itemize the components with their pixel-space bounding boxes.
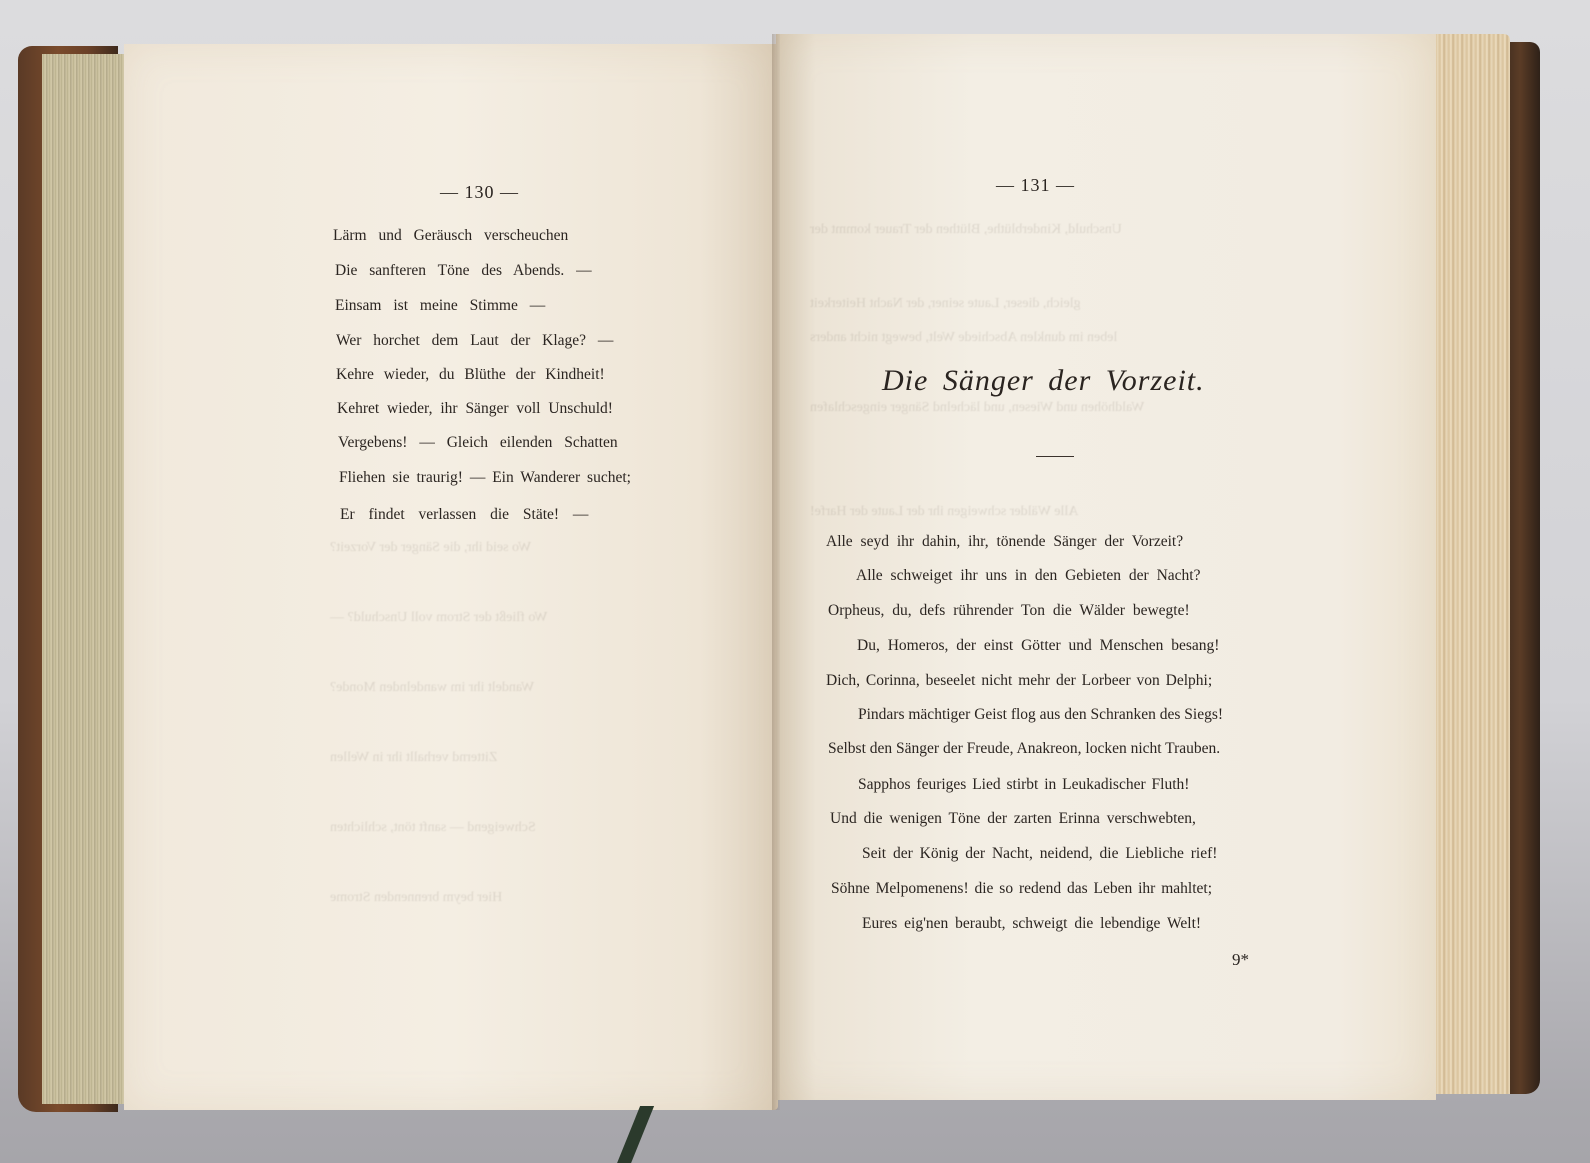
title-rule [1036,456,1074,457]
verse-line: Selbst den Sänger der Freude, Anakreon, … [828,740,1220,758]
verse-line: Söhne Melpomenens! die so redend das Leb… [831,880,1212,898]
verse-line: Alle seyd ihr dahin, ihr, tönende Sänger… [826,533,1183,551]
verse-line: Und die wenigen Töne der zarten Erinna v… [830,810,1196,828]
verse-line: Dich, Corinna, beseelet nicht mehr der L… [826,672,1212,690]
poem-title: Die Sänger der Vorzeit. [882,364,1205,398]
verse-line: Kehre wieder, du Blüthe der Kindheit! [336,366,605,384]
show-through-text: Alle Wälder schweigen ihr der Laute der … [810,504,1078,520]
left-page-edges [42,54,128,1104]
show-through-text: Unschuld, Kinderblüthe, Blüthen der Trau… [810,222,1122,238]
signature-mark: 9* [1232,950,1249,970]
verse-line: Orpheus, du, defs rührender Ton die Wäld… [828,602,1190,620]
bookmark-ribbon[interactable] [616,1106,654,1163]
show-through-text: Zitternd verhallt ihr in Wellen [330,750,497,766]
verse-line: Kehret wieder, ihr Sänger voll Unschuld! [337,400,613,418]
verse-line: Alle schweiget ihr uns in den Gebieten d… [856,567,1200,585]
verse-line: Eures eig'nen beraubt, schweigt die lebe… [862,915,1201,933]
verse-line: Du, Homeros, der einst Götter und Mensch… [857,637,1219,655]
gutter [772,34,780,1110]
left-page [124,44,778,1110]
right-page-edges [1428,34,1510,1094]
page-number-right: — 131 — [996,175,1075,196]
verse-line: Sapphos feuriges Lied stirbt in Leukadis… [858,776,1189,794]
show-through-text: Waldhöhen und Wiesen, und lächelnd Sänge… [810,400,1144,416]
verse-line: Die sanfteren Töne des Abends. — [335,262,592,280]
verse-line: Er findet verlassen die Stäte! — [340,506,588,524]
verse-line: Pindars mächtiger Geist flog aus den Sch… [858,706,1223,724]
verse-line: Seit der König der Nacht, neidend, die L… [862,845,1217,863]
page-number-left: — 130 — [440,182,519,203]
verse-line: Lärm und Geräusch verscheuchen [333,227,568,245]
open-book: Wo seid ihr, die Sänger der Vorzeit? Wo … [0,0,1590,1163]
show-through-text: Wo fließt der Strom voll Unschuld? — [330,610,547,626]
show-through-text: Wo seid ihr, die Sänger der Vorzeit? [330,540,531,556]
show-through-text: gleich, dieser, Laute seiner, der Nacht … [810,296,1081,312]
show-through-text: leben im dunklen Abschiede Welt, bewegt … [810,330,1117,346]
verse-line: Vergebens! — Gleich eilenden Schatten [338,434,618,452]
verse-line: Einsam ist meine Stimme — [335,297,545,315]
show-through-text: Wandelt ihr im wandelnden Monde? [330,680,534,696]
show-through-text: Hier beym brennenden Strome [330,890,502,906]
verse-line: Wer horchet dem Laut der Klage? — [336,332,613,350]
show-through-text: Schweigend — sanft tönt, schlichten [330,820,536,836]
verse-line: Fliehen sie traurig! — Ein Wanderer such… [339,469,631,487]
